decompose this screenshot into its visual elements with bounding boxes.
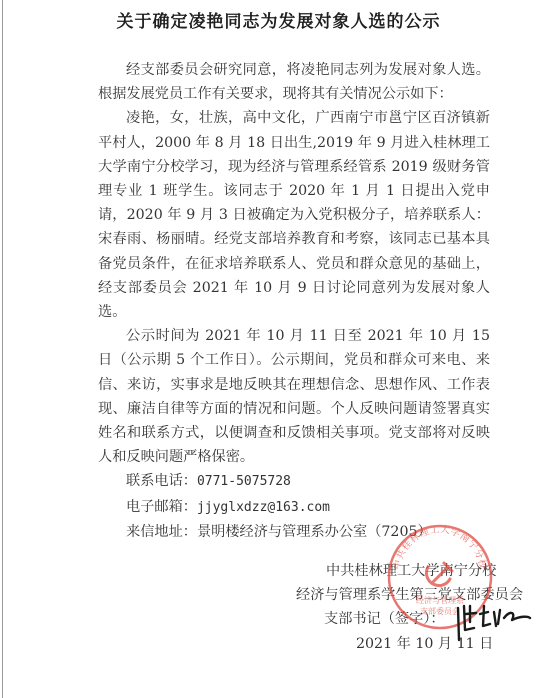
document-title: 关于确定凌艳同志为发展对象人选的公示 <box>0 7 557 32</box>
phone-label: 联系电话： <box>126 473 197 489</box>
publicity-period-paragraph: 公示时间为 2021 年 10 月 11 日至 2021 年 10 月 15 日… <box>98 324 490 469</box>
contact-phone: 联系电话：0771-5075728 <box>98 469 490 494</box>
party-emblem-icon <box>426 563 452 586</box>
candidate-info-paragraph: 凌艳，女，壮族，高中文化，广西南宁市邕宁区百济镇新平村人，2000 年 8 月 … <box>98 106 490 324</box>
address-label: 来信地址： <box>126 524 197 540</box>
email-value: jjyglxdzz@163.com <box>197 500 330 515</box>
svg-text:中共桂林理工大学南宁分校: 中共桂林理工大学南宁分校 <box>391 523 489 570</box>
phone-value: 0771-5075728 <box>197 474 291 489</box>
stamp-arc-text: 中共桂林理工大学南宁分校 <box>391 523 489 570</box>
intro-paragraph: 经支部委员会研究同意，将凌艳同志列为发展对象人选。根据发展党员工作有关要求，现将… <box>98 58 490 106</box>
contact-email: 电子邮箱：jjyglxdzz@163.com <box>98 495 490 520</box>
page-left-edge <box>2 0 3 698</box>
email-label: 电子邮箱： <box>126 499 197 515</box>
handwritten-signature-icon <box>452 600 532 644</box>
document-body: 经支部委员会研究同意，将凌艳同志列为发展对象人选。根据发展党员工作有关要求，现将… <box>98 58 490 544</box>
